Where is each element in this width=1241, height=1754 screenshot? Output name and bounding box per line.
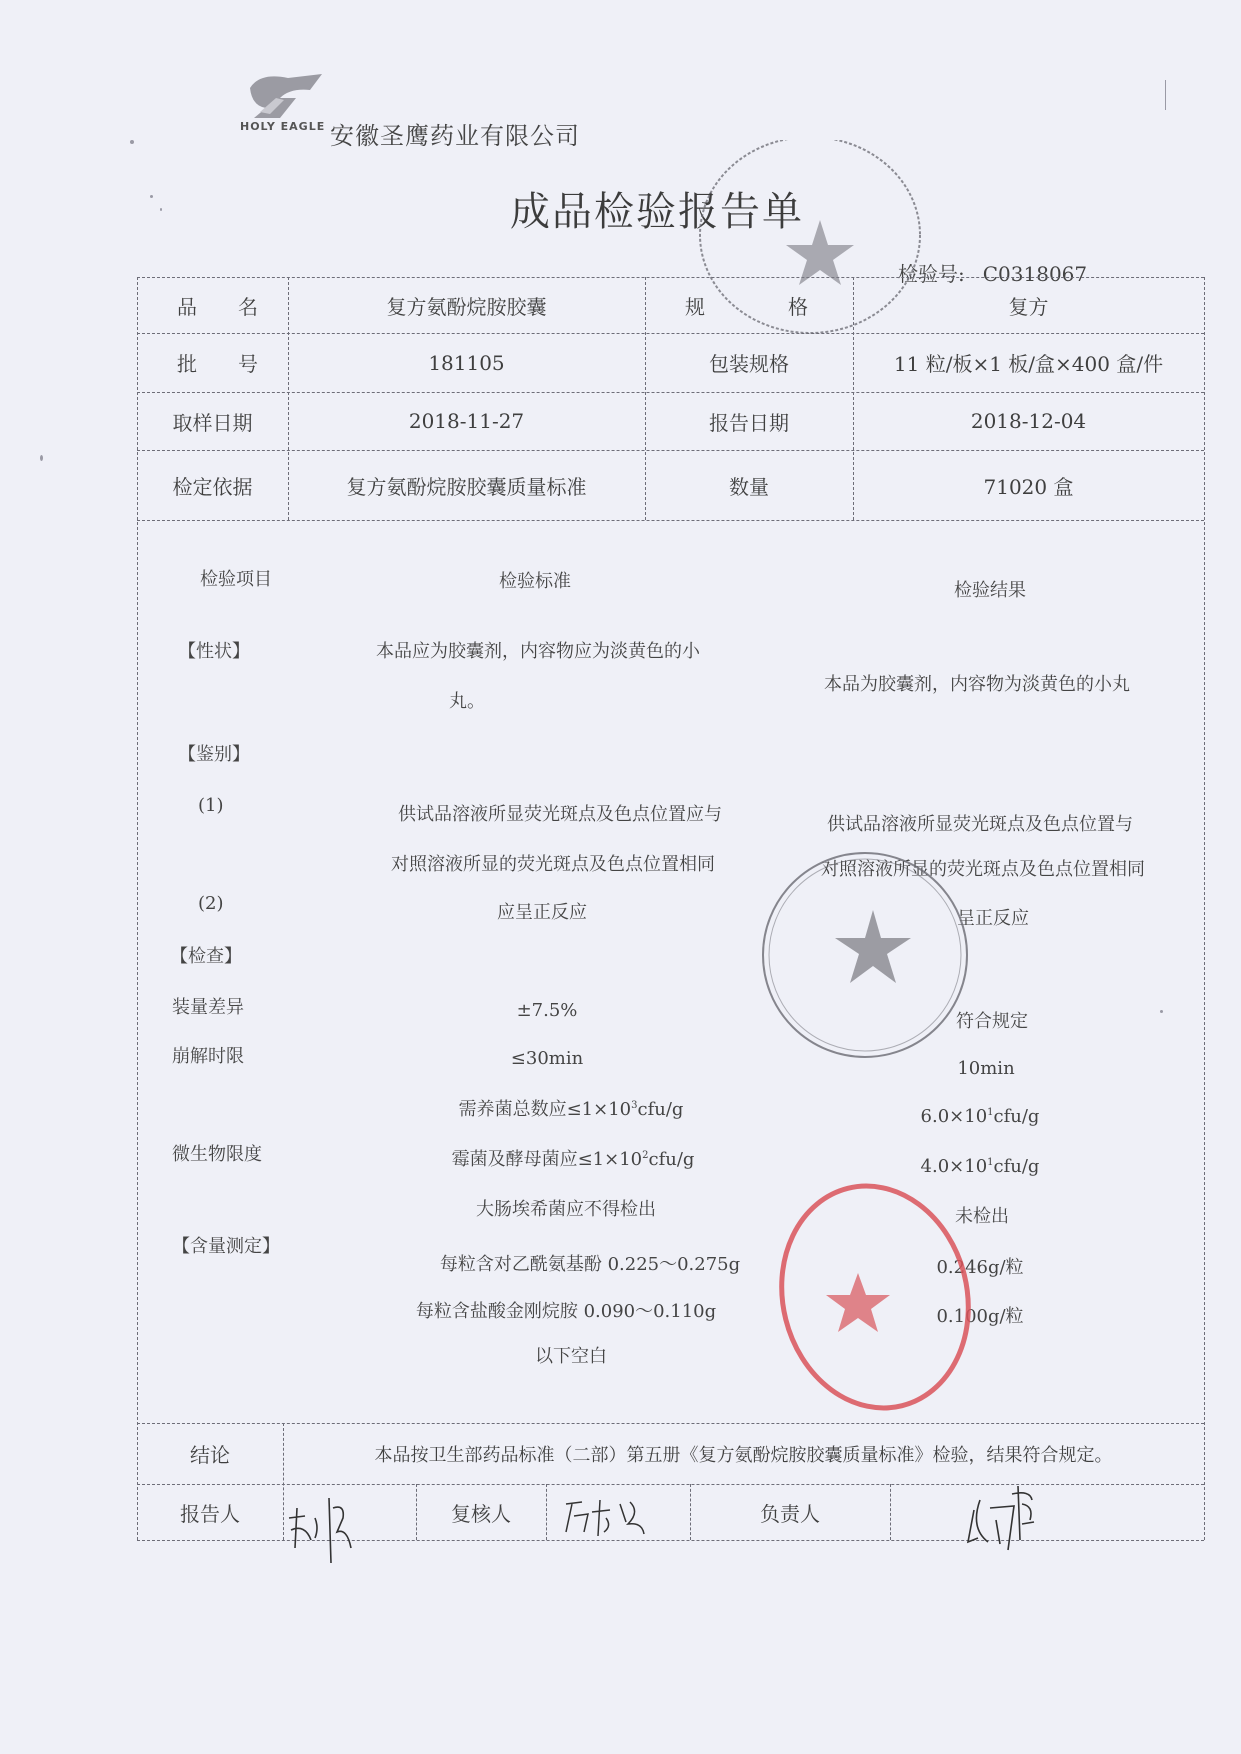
amantadine-result: 0.100g/粒 — [936, 1302, 1023, 1328]
fill-variation-result: 符合规定 — [956, 1007, 1028, 1033]
identification-sub2-standard: 应呈正反应 — [497, 898, 587, 924]
sampling-date-value: 2018-11-27 — [288, 392, 645, 450]
table-col-divider — [546, 1484, 547, 1540]
scan-speck — [130, 140, 134, 144]
batch-label: 批号 — [137, 333, 288, 392]
disintegration-standard: ≤30min — [511, 1048, 583, 1069]
basis-value: 复方氨酚烷胺胶囊质量标准 — [288, 450, 645, 520]
packing-label: 包装规格 — [645, 333, 853, 392]
company-inspection-stamp-middle — [755, 850, 975, 1060]
scan-speck — [1160, 1010, 1163, 1013]
mold-yeast-standard: 霉菌及酵母菌应≤1×102cfu/g — [452, 1145, 695, 1171]
identification-sub1-standard-line1: 供试品溶液所显荧光斑点及色点位置应与 — [398, 800, 722, 826]
unit: cfu/g — [637, 1099, 683, 1120]
aerobic-count-standard: 需养菌总数应≤1×103cfu/g — [459, 1095, 684, 1121]
item-assay: 【含量测定】 — [172, 1232, 280, 1258]
text: 霉菌及酵母菌应≤1×10 — [452, 1149, 643, 1170]
batch-value: 181105 — [288, 333, 645, 392]
identification-sub1-result-line2: 对照溶液所显的荧光斑点及色点位置相同 — [821, 855, 1145, 881]
report-date-label: 报告日期 — [645, 392, 853, 450]
unit: cfu/g — [648, 1149, 694, 1170]
table-row-divider — [137, 520, 1204, 521]
label-char: 规 — [685, 291, 705, 320]
responsible-signature-icon — [960, 1480, 1050, 1560]
document-page: HOLY EAGLE 安徽圣鹰药业有限公司 成品检验报告单 检验号:C03180… — [0, 0, 1241, 1754]
quantity-value: 71020 盒 — [853, 450, 1204, 520]
table-border-right — [1204, 277, 1205, 1540]
header-test-item: 检验项目 — [200, 565, 272, 591]
identification-sub1-result-line1: 供试品溶液所显荧光斑点及色点位置与 — [827, 810, 1133, 836]
spec-label: 规格 — [645, 277, 853, 333]
label-char: 格 — [788, 291, 808, 320]
reviewer-signature-icon — [560, 1492, 670, 1542]
label-char: 号 — [238, 348, 258, 377]
ecoli-standard: 大肠埃希菌应不得检出 — [476, 1195, 656, 1221]
microbial-limit-label: 微生物限度 — [172, 1140, 262, 1166]
responsible-label: 负责人 — [690, 1484, 890, 1540]
table-col-divider — [890, 1484, 891, 1540]
identification-sub1-standard-line2: 对照溶液所显的荧光斑点及色点位置相同 — [391, 850, 715, 876]
reporter-signature-icon — [285, 1488, 415, 1568]
appearance-result: 本品为胶囊剂，内容物为淡黄色的小丸 — [824, 670, 1130, 696]
appearance-standard-line2: 丸。 — [449, 687, 485, 713]
aerobic-count-result: 6.0×101cfu/g — [921, 1106, 1040, 1127]
label-char: 批 — [177, 348, 197, 377]
text: 4.0×10 — [921, 1156, 988, 1177]
item-inspection: 【检查】 — [170, 942, 242, 968]
text: 需养菌总数应≤1×10 — [459, 1099, 632, 1120]
scan-speck — [150, 195, 153, 198]
paracetamol-result: 0.246g/粒 — [936, 1253, 1023, 1279]
scan-speck — [40, 455, 43, 461]
product-name-label: 品名 — [137, 277, 288, 333]
basis-label: 检定依据 — [137, 450, 288, 520]
identification-sub1-label: (1) — [198, 795, 224, 816]
unit: cfu/g — [994, 1106, 1040, 1127]
report-date-value: 2018-12-04 — [853, 392, 1204, 450]
appearance-standard-line1: 本品应为胶囊剂，内容物应为淡黄色的小 — [376, 637, 700, 663]
disintegration-result: 10min — [957, 1058, 1014, 1079]
amantadine-standard: 每粒含盐酸金刚烷胺 0.090～0.110g — [416, 1297, 716, 1323]
identification-sub2-label: (2) — [198, 893, 224, 914]
scan-speck — [1165, 80, 1166, 110]
quantity-label: 数量 — [645, 450, 853, 520]
identification-sub2-result: 呈正反应 — [957, 904, 1029, 930]
fill-variation-label: 装量差异 — [172, 993, 244, 1019]
red-quality-management-stamp — [770, 1175, 980, 1420]
label-char: 品 — [177, 291, 197, 320]
item-identification: 【鉴别】 — [178, 740, 250, 766]
unit: cfu/g — [994, 1156, 1040, 1177]
holy-eagle-logo-icon — [240, 68, 330, 126]
ecoli-result: 未检出 — [955, 1202, 1009, 1228]
conclusion-text: 本品按卫生部药品标准（二部）第五册《复方氨酚烷胺胶囊质量标准》检验，结果符合规定… — [283, 1423, 1204, 1484]
logo-text: HOLY EAGLE — [240, 120, 325, 133]
scan-speck — [160, 208, 162, 211]
reporter-label: 报告人 — [137, 1484, 283, 1540]
item-appearance: 【性状】 — [178, 637, 250, 663]
reviewer-label: 复核人 — [416, 1484, 546, 1540]
label-char: 名 — [238, 291, 258, 320]
product-name-value: 复方氨酚烷胺胶囊 — [288, 277, 645, 333]
company-name: 安徽圣鹰药业有限公司 — [330, 116, 580, 151]
report-title: 成品检验报告单 — [510, 180, 804, 237]
mold-yeast-result: 4.0×101cfu/g — [921, 1156, 1040, 1177]
text: 6.0×10 — [921, 1106, 988, 1127]
sampling-date-label: 取样日期 — [137, 392, 288, 450]
disintegration-label: 崩解时限 — [172, 1042, 244, 1068]
fill-variation-standard: ±7.5% — [517, 1000, 578, 1021]
blank-below-note: 以下空白 — [535, 1342, 607, 1368]
header-test-result: 检验结果 — [954, 576, 1026, 602]
paracetamol-standard: 每粒含对乙酰氨基酚 0.225～0.275g — [440, 1250, 740, 1276]
header-test-standard: 检验标准 — [499, 567, 571, 593]
packing-value: 11 粒/板×1 板/盒×400 盒/件 — [853, 333, 1204, 392]
conclusion-label: 结论 — [137, 1423, 283, 1484]
spec-value: 复方 — [853, 277, 1204, 333]
